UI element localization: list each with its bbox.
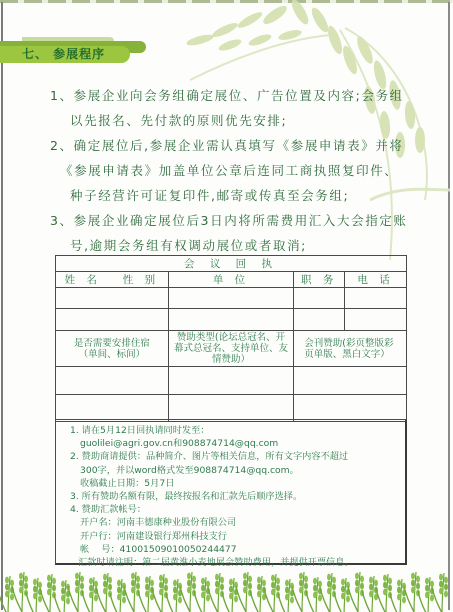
form-cell-organization[interactable]	[168, 309, 294, 331]
form-cell-accommodation[interactable]	[56, 395, 169, 422]
procedure-line: 以先报名、先付款的原则优先安排;	[50, 108, 420, 133]
note-bank-name: 开户行：河南建设银行郑州科技支行	[70, 530, 405, 543]
section-title: 七、 参展程序	[22, 46, 105, 63]
note-account-name: 开户名：河南丰德康种业股份有限公司	[70, 516, 405, 529]
note-email-line: guolilei@agri.gov.cn和908874714@qq.com	[70, 437, 405, 450]
note-line: 300字，并以word格式发至908874714@qq.com。	[70, 464, 405, 477]
wheat-field-decoration	[0, 568, 453, 612]
form-cell-sponsorship-type[interactable]	[168, 367, 294, 395]
column-header-phone: 电 话	[345, 272, 407, 288]
form-cell-position[interactable]	[294, 309, 345, 331]
procedure-item-3: 3、参展企业确定展位后3日内将所需费用汇入大会指定账 号,逾期会务组有权调动展位…	[50, 208, 420, 258]
column-header-position: 职 务	[294, 272, 345, 288]
note-line: 4. 赞助汇款帐号：	[70, 503, 405, 516]
notes-box: 1. 请在5月12日回执请同时发至： guolilei@agri.gov.cn和…	[55, 419, 407, 565]
procedure-line: 1、参展企业向会务组确定展位、广告位置及内容;会务组	[50, 83, 420, 108]
procedure-list: 1、参展企业向会务组确定展位、广告位置及内容;会务组 以先报名、先付款的原则优先…	[50, 83, 420, 258]
procedure-line: 3、参展企业确定展位后3日内将所需费用汇入大会指定账	[50, 208, 420, 233]
procedure-item-1: 1、参展企业向会务组确定展位、广告位置及内容;会务组 以先报名、先付款的原则优先…	[50, 83, 420, 133]
note-account-number: 帐 号：41001509010050244477	[70, 543, 405, 556]
form-cell-name[interactable]	[56, 288, 169, 309]
form-cell-phone[interactable]	[345, 288, 407, 309]
column-header-accommodation: 是否需要安排住宿（单间、标间）	[56, 331, 169, 367]
note-line: 2. 赞助商请提供：品种简介、图片等相关信息，所有文字内容不超过	[70, 450, 405, 463]
column-header-brochure-sponsorship: 会刊赞助(彩页整版彩页单版、黑白文字）	[294, 331, 407, 367]
procedure-line: 《参展申请表》加盖单位公章后连同工商执照复印件、	[50, 158, 420, 183]
column-header-name-gender: 姓 名 性 别	[56, 272, 169, 288]
note-deadline-line: 收稿截止日期：5月7日	[70, 477, 405, 490]
page: 七、 参展程序 1、参展企业向会务组确定展位、广告位置及内容;会务组 以先报名、…	[0, 0, 453, 612]
form-cell-phone[interactable]	[345, 309, 407, 331]
form-title: 会 议 回 执	[56, 256, 407, 272]
section-header-banner: 七、 参展程序	[0, 33, 150, 67]
form-cell-organization[interactable]	[168, 288, 294, 309]
form-cell-brochure-sponsorship[interactable]	[294, 367, 407, 395]
column-header-sponsorship-type: 赞助类型(论坛总冠名、开幕式总冠名、支持单位、友情赞助）	[168, 331, 294, 367]
form-cell-brochure-sponsorship[interactable]	[294, 395, 407, 422]
form-cell-name[interactable]	[56, 309, 169, 331]
procedure-line: 种子经营许可证复印件,邮寄或传真至会务组;	[50, 183, 420, 208]
form-cell-position[interactable]	[294, 288, 345, 309]
form-cell-accommodation[interactable]	[56, 367, 169, 395]
note-line: 1. 请在5月12日回执请同时发至：	[70, 424, 405, 437]
procedure-item-2: 2、确定展位后,参展企业需认真填写《参展申请表》并将 《参展申请表》加盖单位公章…	[50, 133, 420, 208]
form-cell-sponsorship-type[interactable]	[168, 395, 294, 422]
note-line: 3. 所有赞助名额有限，最终按报名和汇款先后顺序选择。	[70, 490, 405, 503]
meeting-receipt-form: 会 议 回 执 姓 名 性 别 单 位 职 务 电 话 是否需要安排住宿（单间、…	[55, 255, 407, 422]
procedure-line: 2、确定展位后,参展企业需认真填写《参展申请表》并将	[50, 133, 420, 158]
column-header-organization: 单 位	[168, 272, 294, 288]
